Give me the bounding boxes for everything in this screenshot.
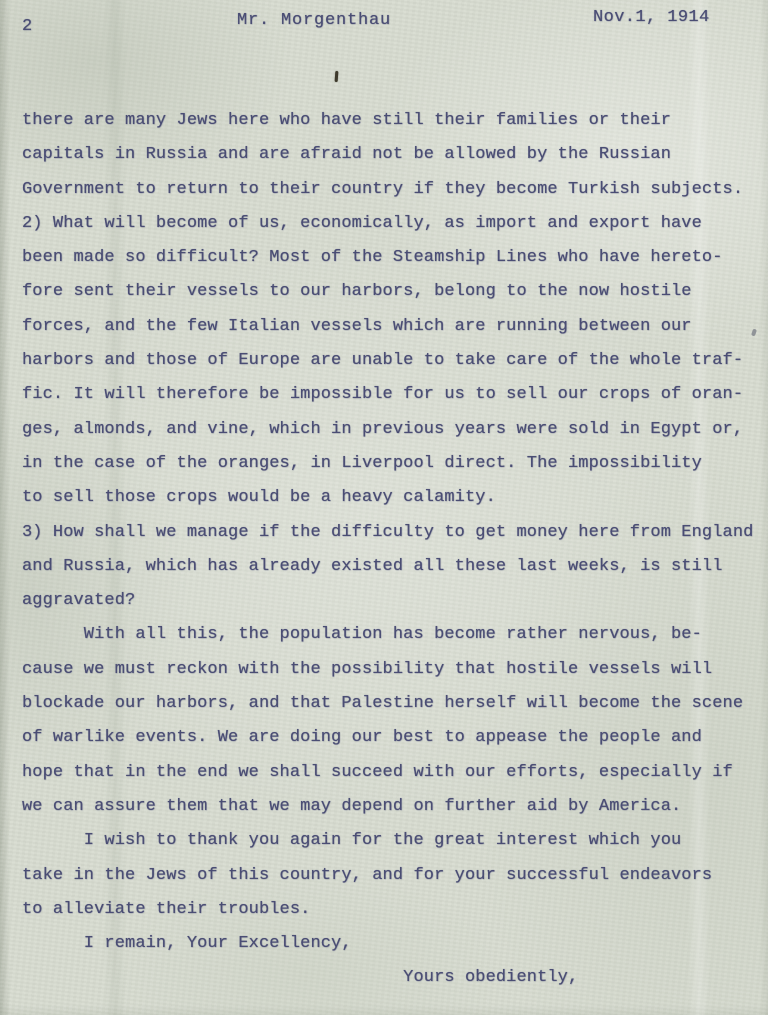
letter-line: we can assure them that we may depend on… <box>22 790 766 824</box>
page-number: 2 <box>22 17 33 36</box>
letter-line: cause we must reckon with the possibilit… <box>22 653 766 687</box>
letter-line: capitals in Russia and are afraid not be… <box>22 138 766 172</box>
letter-line: forces, and the few Italian vessels whic… <box>22 310 766 344</box>
letter-line: Government to return to their country if… <box>22 173 766 207</box>
letter-line: I wish to thank you again for the great … <box>22 824 766 858</box>
ink-speck <box>335 71 339 82</box>
letter-page: 2 Mr. Morgenthau Nov.1, 1914 there are m… <box>0 0 768 1015</box>
letter-line: 2) What will become of us, economically,… <box>22 207 766 241</box>
letter-line: harbors and those of Europe are unable t… <box>22 344 766 378</box>
letter-line: 3) How shall we manage if the difficulty… <box>22 516 766 550</box>
letter-line: fore sent their vessels to our harbors, … <box>22 275 766 309</box>
letter-line: I remain, Your Excellency, <box>22 927 766 961</box>
letter-line: there are many Jews here who have still … <box>22 104 766 138</box>
letter-line: blockade our harbors, and that Palestine… <box>22 687 766 721</box>
letter-line: hope that in the end we shall succeed wi… <box>22 756 766 790</box>
letter-line: aggravated? <box>22 584 766 618</box>
letter-line: fic. It will therefore be impossible for… <box>22 378 766 412</box>
letter-line: take in the Jews of this country, and fo… <box>22 859 766 893</box>
header-date: Nov.1, 1914 <box>593 8 710 27</box>
letter-line: to alleviate their troubles. <box>22 893 766 927</box>
header-recipient: Mr. Morgenthau <box>237 11 391 30</box>
letter-line: Yours obediently, <box>22 961 766 995</box>
letter-line: of warlike events. We are doing our best… <box>22 721 766 755</box>
letter-line: to sell those crops would be a heavy cal… <box>22 481 766 515</box>
letter-line: in the case of the oranges, in Liverpool… <box>22 447 766 481</box>
letter-line: and Russia, which has already existed al… <box>22 550 766 584</box>
letter-line: ges, almonds, and vine, which in previou… <box>22 413 766 447</box>
letter-body: there are many Jews here who have still … <box>22 104 766 996</box>
letter-line: been made so difficult? Most of the Stea… <box>22 241 766 275</box>
letter-line: With all this, the population has become… <box>22 618 766 652</box>
